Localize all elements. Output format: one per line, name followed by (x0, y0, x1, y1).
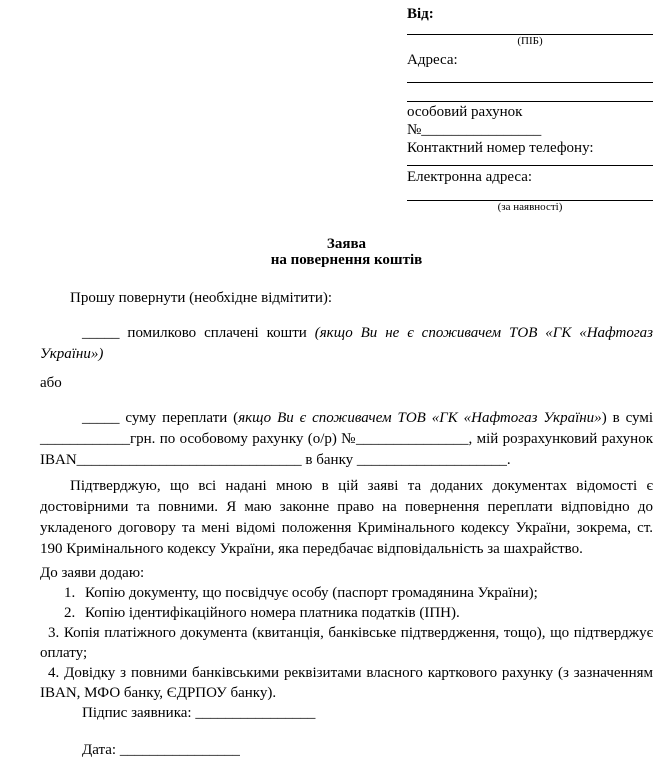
from-label: Від: (407, 5, 653, 23)
fullname-hint: (ПІБ) (407, 35, 653, 48)
option-overpayment: _____ суму переплати (якщо Ви є споживач… (40, 408, 653, 471)
item-number: 4. (48, 665, 59, 681)
signature-row: Підпис заявника: ________________ (40, 703, 653, 724)
item-text: Копія платіжного документа (квитанція, б… (40, 625, 653, 661)
signature-blank[interactable]: ________________ (195, 705, 315, 721)
address-label: Адреса: (407, 51, 653, 69)
date-label: Дата: (82, 742, 116, 758)
refund-application-document: Від: (ПІБ) Адреса: особовий рахунок №___… (0, 0, 669, 768)
intro-paragraph: Прошу повернути (необхідне відмітити): (40, 288, 653, 309)
or-label: або (40, 373, 653, 394)
date-blank[interactable]: ________________ (120, 742, 240, 758)
item-number: 2. (64, 603, 85, 623)
option2-text-start: суму переплати ( (125, 410, 238, 426)
date-row: Дата: ________________ (40, 740, 653, 761)
title-line-2: на повернення коштів (40, 252, 653, 268)
item-text: Копію документу, що посвідчує особу (пас… (85, 585, 538, 601)
item-text: Копію ідентифікаційного номера платника … (85, 605, 460, 621)
email-label: Електронна адреса: (407, 168, 653, 186)
address-blank-line-1[interactable] (407, 82, 653, 83)
title-line-1: Заява (40, 236, 653, 252)
attachment-item-3: 3. Копія платіжного документа (квитанція… (40, 623, 653, 663)
personal-account-label: особовий рахунок (407, 103, 653, 121)
attachments-label: До заяви додаю: (40, 563, 653, 583)
checkbox-blank-1[interactable]: _____ (82, 325, 120, 341)
option-mistaken-payment: _____ помилково сплачені кошти (якщо Ви … (40, 323, 653, 365)
address-blank-line-2[interactable] (407, 101, 653, 102)
account-number-blank[interactable]: №________________ (407, 121, 653, 139)
option2-condition-italic: якщо Ви є споживачем ТОВ «ГК «Нафтогаз У… (238, 410, 602, 426)
confirmation-paragraph: Підтверджую, що всі надані мною в цій за… (40, 476, 653, 560)
checkbox-blank-2[interactable]: _____ (82, 410, 120, 426)
attachment-item-2: 2.Копію ідентифікаційного номера платник… (40, 603, 653, 623)
signature-label: Підпис заявника: (82, 705, 192, 721)
item-text: Довідку з повними банківськими реквізита… (40, 665, 653, 701)
email-hint: (за наявності) (407, 201, 653, 214)
document-title: Заява на повернення коштів (40, 236, 653, 268)
attachment-item-4: 4. Довідку з повними банківськими реквіз… (40, 663, 653, 703)
option1-text: помилково сплачені кошти (127, 325, 306, 341)
item-number: 1. (64, 583, 85, 603)
attachments-list: 1.Копію документу, що посвідчує особу (п… (40, 583, 653, 703)
phone-blank-line[interactable] (407, 165, 653, 166)
attachment-item-1: 1.Копію документу, що посвідчує особу (п… (40, 583, 653, 603)
item-number: 3. (48, 625, 59, 641)
applicant-header-block: Від: (ПІБ) Адреса: особовий рахунок №___… (407, 5, 653, 214)
phone-label: Контактний номер телефону: (407, 139, 653, 157)
